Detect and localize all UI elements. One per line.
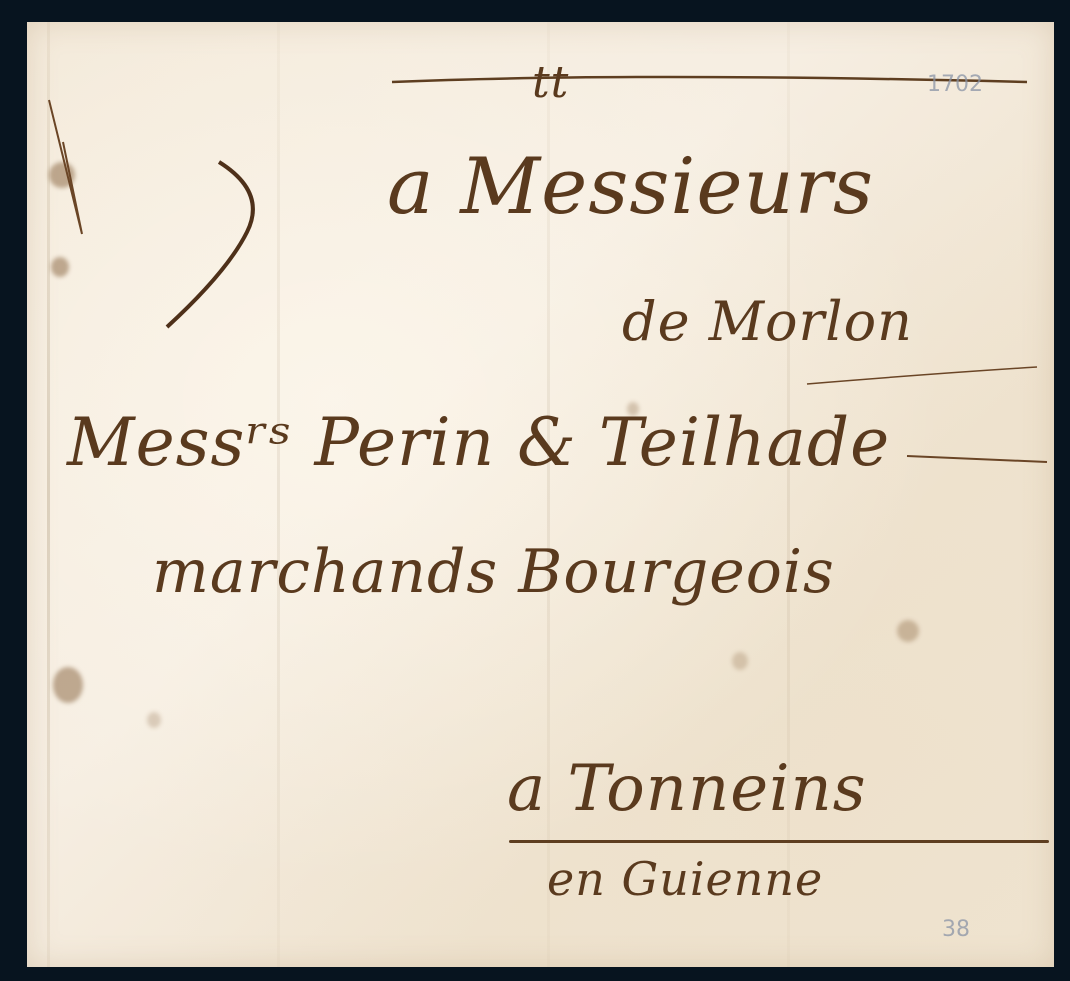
address-line-6: en Guienne: [547, 852, 823, 906]
address-line-5: a Tonneins: [507, 752, 867, 826]
pencil-note: 1702: [927, 72, 983, 97]
pencil-note: 38: [942, 917, 970, 942]
underline: [509, 840, 1049, 843]
rate-mark: tt: [532, 57, 569, 108]
letter-sheet: 1702 tt a Messieurs de Morlon Messʳˢ Per…: [27, 22, 1054, 967]
address-line-4: marchands Bourgeois: [152, 537, 835, 607]
address-line-1: a Messieurs: [387, 142, 874, 232]
address-line-3: Messʳˢ Perin & Teilhade: [67, 404, 890, 481]
address-line-2: de Morlon: [622, 290, 913, 353]
